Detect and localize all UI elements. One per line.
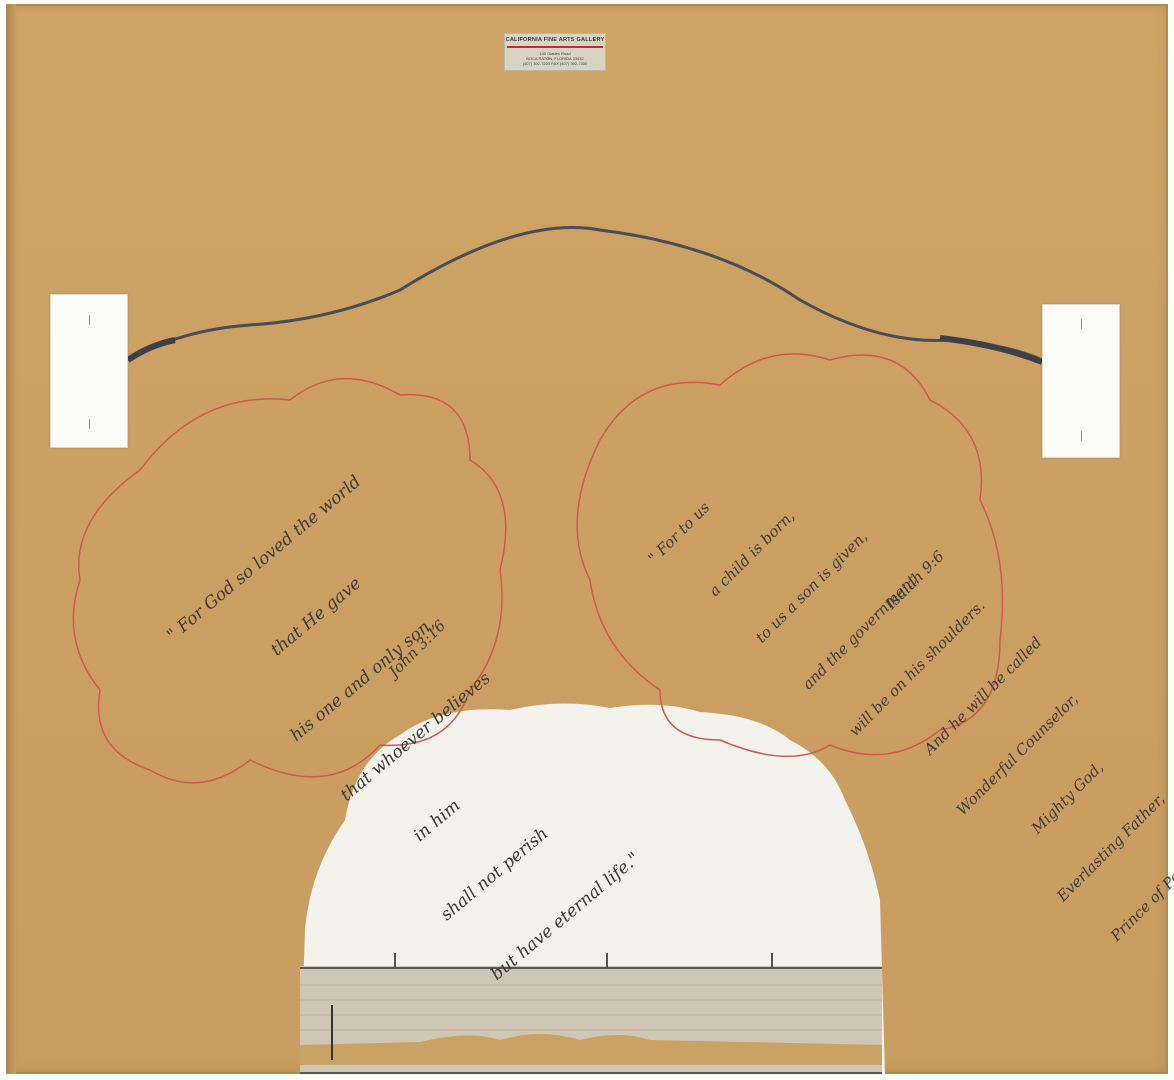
framed-artwork-back: CALIFORNIA FINE ARTS GALLERY 140 Glades … xyxy=(0,0,1174,1080)
right-hanger-tab xyxy=(1042,304,1120,458)
left-hanger-tab xyxy=(50,294,128,448)
